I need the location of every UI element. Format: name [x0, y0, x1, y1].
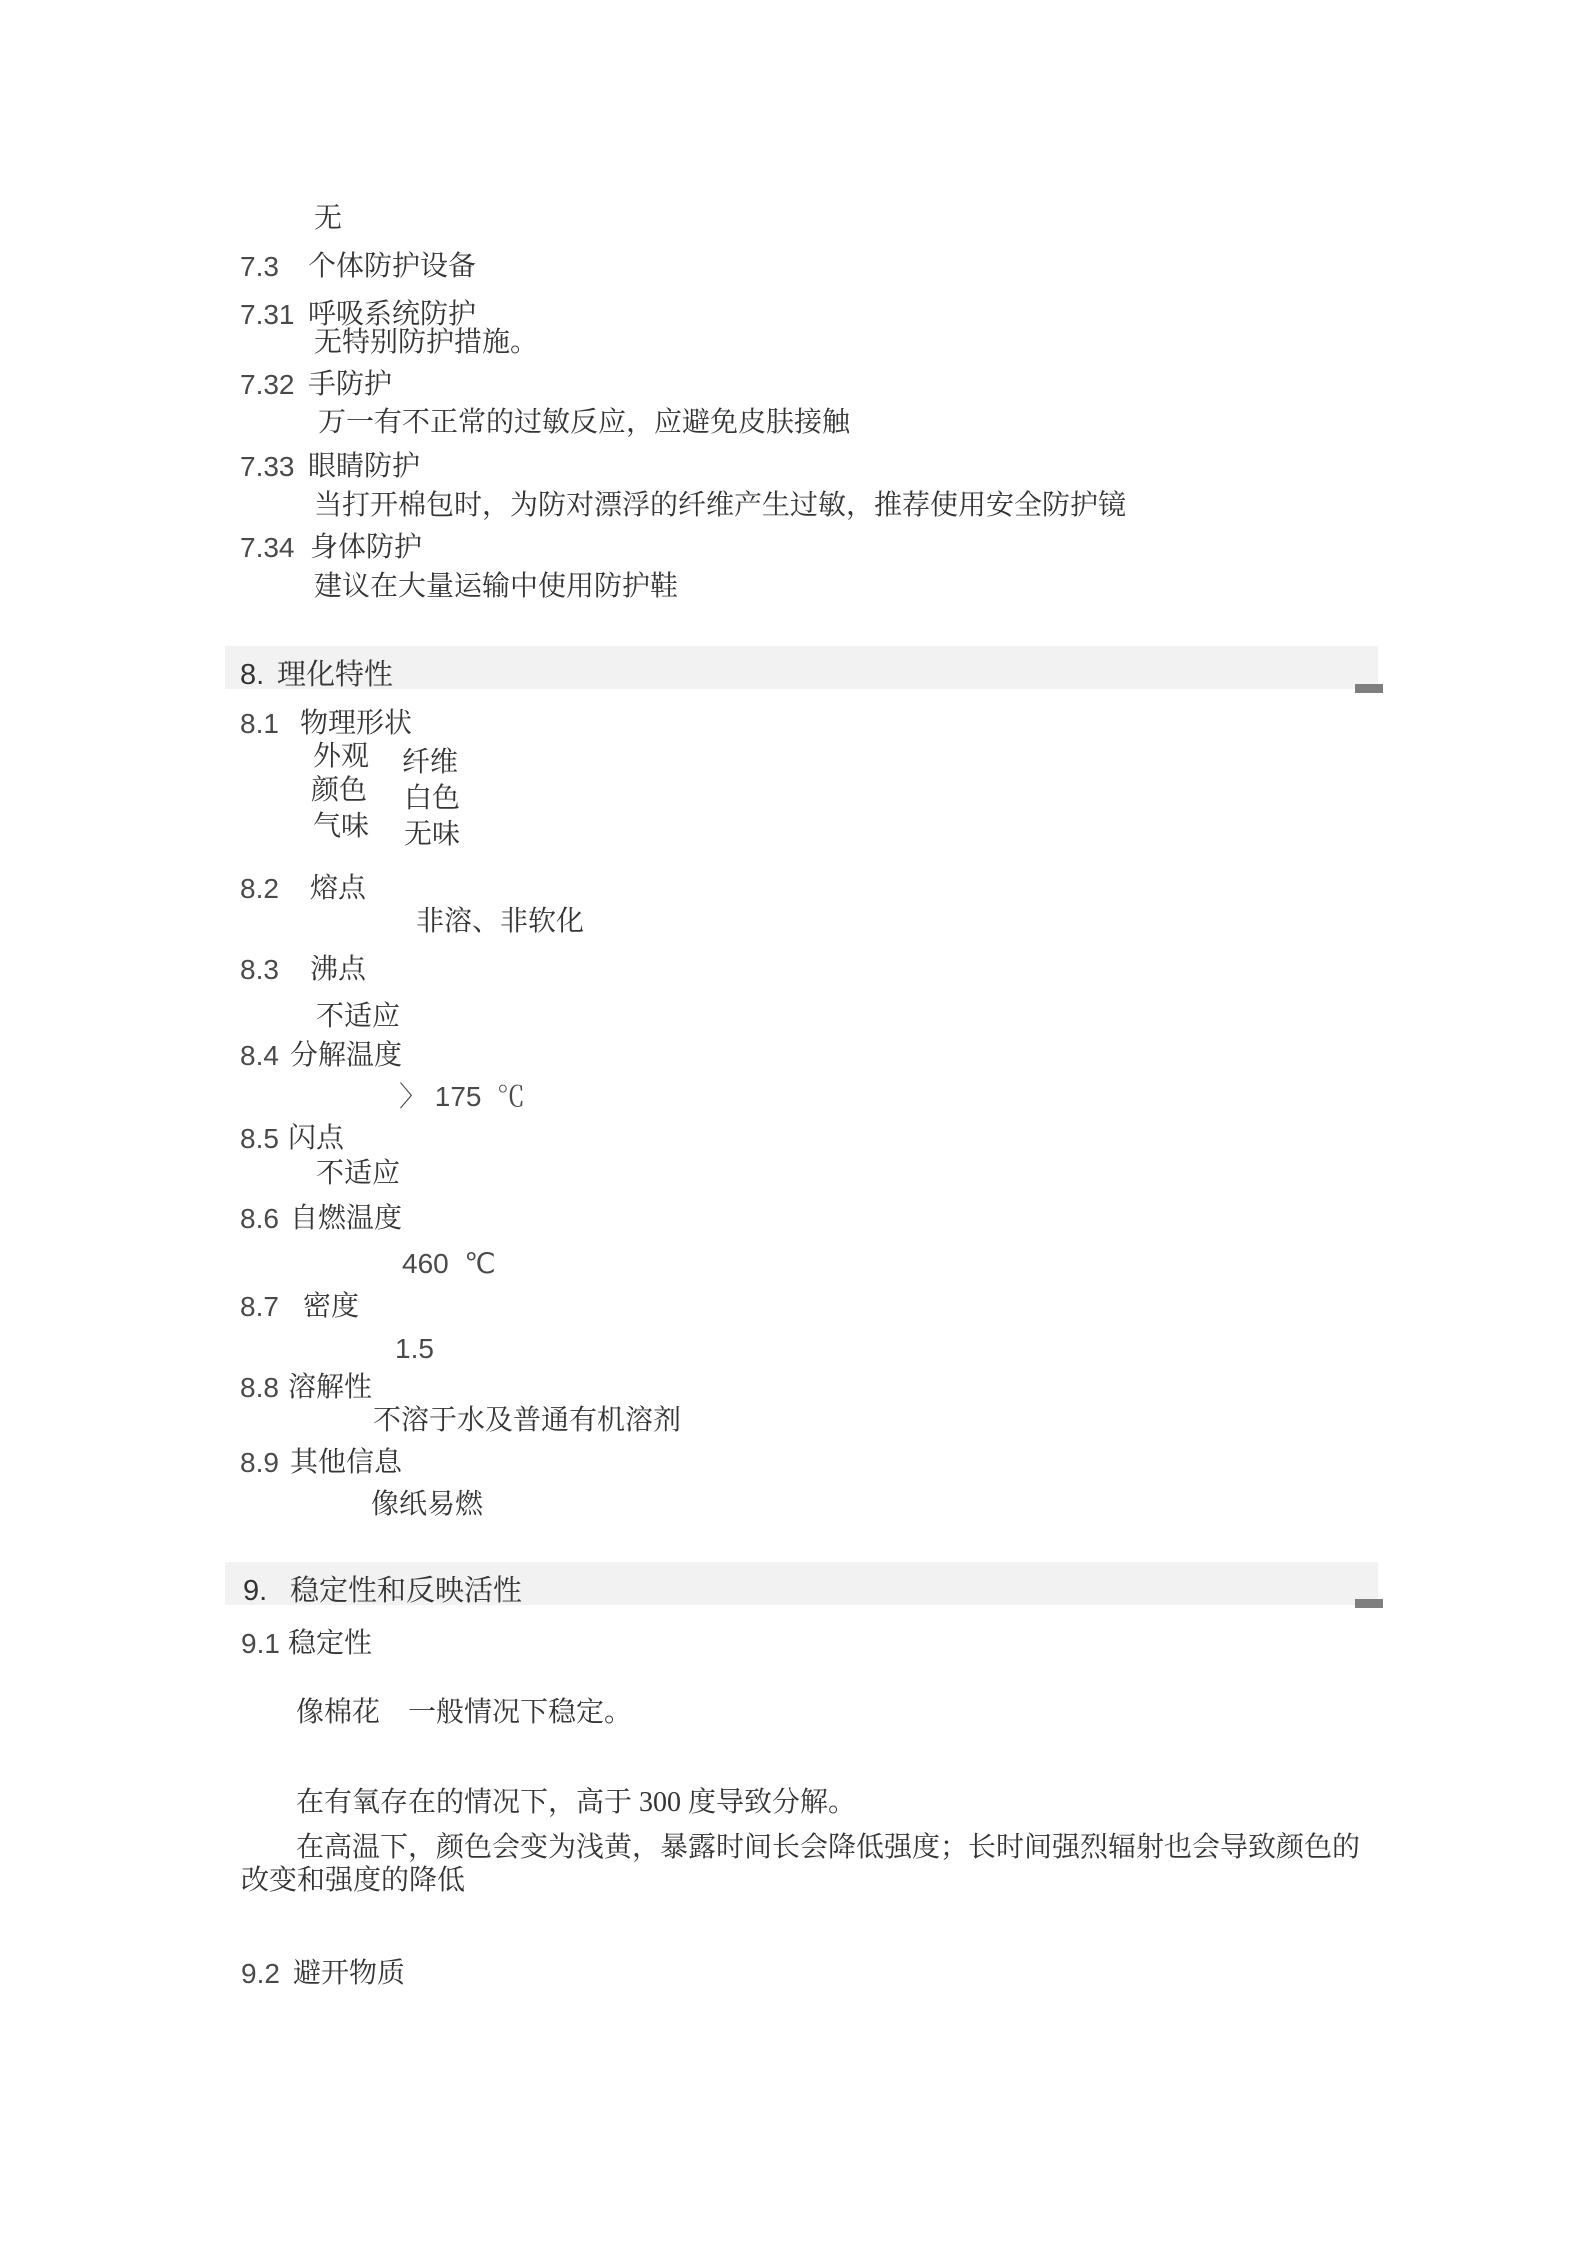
sec7-32-body: 万一有不正常的过敏反应，应避免皮肤接触: [318, 408, 850, 438]
odor-value: 无味: [404, 820, 460, 850]
sec8-9-heading: 其他信息: [290, 1448, 402, 1478]
sec7-33-heading: 眼睛防护: [308, 452, 420, 482]
sec9-1-heading: 稳定性: [288, 1629, 372, 1659]
stability-line-2: 在有氧存在的情况下，高于 300 度导致分解。: [296, 1788, 856, 1818]
sec7-34-body: 建议在大量运输中使用防护鞋: [314, 572, 678, 602]
decomposition-temp-value: 〉 175 ℃: [399, 1082, 525, 1112]
sec8-8-number: 8.8: [240, 1373, 279, 1403]
sec7-31-heading: 呼吸系统防护: [308, 300, 476, 330]
sec8-1-heading: 物理形状: [300, 709, 412, 739]
sec8-7-heading: 密度: [303, 1292, 359, 1322]
section-8-band-end-marker: [1355, 684, 1383, 693]
sec8-3-heading: 沸点: [310, 955, 366, 985]
sec8-6-number: 8.6: [240, 1204, 279, 1234]
color-value: 白色: [404, 784, 460, 814]
sec8-2-number: 8.2: [240, 874, 279, 904]
section-8-number: 8.: [240, 660, 264, 690]
sec8-2-heading: 熔点: [310, 874, 366, 904]
sec7-32-heading: 手防护: [308, 370, 392, 400]
appearance-value: 纤维: [402, 748, 458, 778]
sec9-2-number: 9.2: [241, 1959, 280, 1989]
flash-point-value: 不适应: [316, 1159, 400, 1189]
sec8-7-number: 8.7: [240, 1292, 279, 1322]
msds-document-page: 无 7.3 个体防护设备 7.31 呼吸系统防护 无特别防护措施。 7.32 手…: [0, 0, 1587, 2245]
sec8-1-number: 8.1: [240, 709, 279, 739]
sec8-5-number: 8.5: [240, 1124, 279, 1154]
sec8-5-heading: 闪点: [288, 1124, 344, 1154]
sec7-previous-value: 无: [314, 204, 342, 234]
sec8-8-heading: 溶解性: [288, 1373, 372, 1403]
section-9-number: 9.: [243, 1576, 267, 1606]
section-9-band-end-marker: [1355, 1599, 1383, 1608]
sec7-31-body: 无特别防护措施。: [314, 328, 538, 358]
appearance-key: 外观: [313, 742, 369, 772]
sec7-34-heading: 身体防护: [310, 533, 422, 563]
stability-line-3: 在高温下，颜色会变为浅黄，暴露时间长会降低强度；长时间强烈辐射也会导致颜色的: [296, 1833, 1360, 1863]
sec9-1-number: 9.1: [241, 1629, 280, 1659]
autoignition-temp-value: 460 ℃: [402, 1249, 496, 1279]
stability-line-1: 像棉花 一般情况下稳定。: [296, 1698, 632, 1728]
boiling-point-value: 不适应: [316, 1002, 400, 1032]
sec8-4-number: 8.4: [240, 1041, 279, 1071]
odor-key: 气味: [313, 812, 369, 842]
color-key: 颜色: [311, 776, 367, 806]
sec9-2-heading: 避开物质: [293, 1959, 405, 1989]
section-8-header-band: [225, 646, 1378, 689]
sec7-33-number: 7.33: [240, 452, 295, 482]
solubility-value: 不溶于水及普通有机溶剂: [373, 1406, 681, 1436]
section-9-title: 稳定性和反映活性: [290, 1576, 522, 1606]
sec8-4-heading: 分解温度: [290, 1041, 402, 1071]
density-value: 1.5: [395, 1334, 434, 1364]
sec7-3-heading: 个体防护设备: [308, 252, 476, 282]
melting-point-value: 非溶、非软化: [416, 907, 584, 937]
sec8-3-number: 8.3: [240, 955, 279, 985]
section-8-title: 理化特性: [277, 660, 393, 690]
stability-line-4: 改变和强度的降低: [241, 1866, 465, 1896]
sec7-34-number: 7.34: [240, 533, 295, 563]
other-info-value: 像纸易燃: [371, 1490, 483, 1520]
sec8-9-number: 8.9: [240, 1448, 279, 1478]
sec7-31-number: 7.31: [240, 300, 295, 330]
sec8-6-heading: 自燃温度: [290, 1204, 402, 1234]
sec7-32-number: 7.32: [240, 370, 295, 400]
sec7-3-number: 7.3: [240, 252, 279, 282]
sec7-33-body: 当打开棉包时，为防对漂浮的纤维产生过敏，推荐使用安全防护镜: [314, 491, 1126, 521]
